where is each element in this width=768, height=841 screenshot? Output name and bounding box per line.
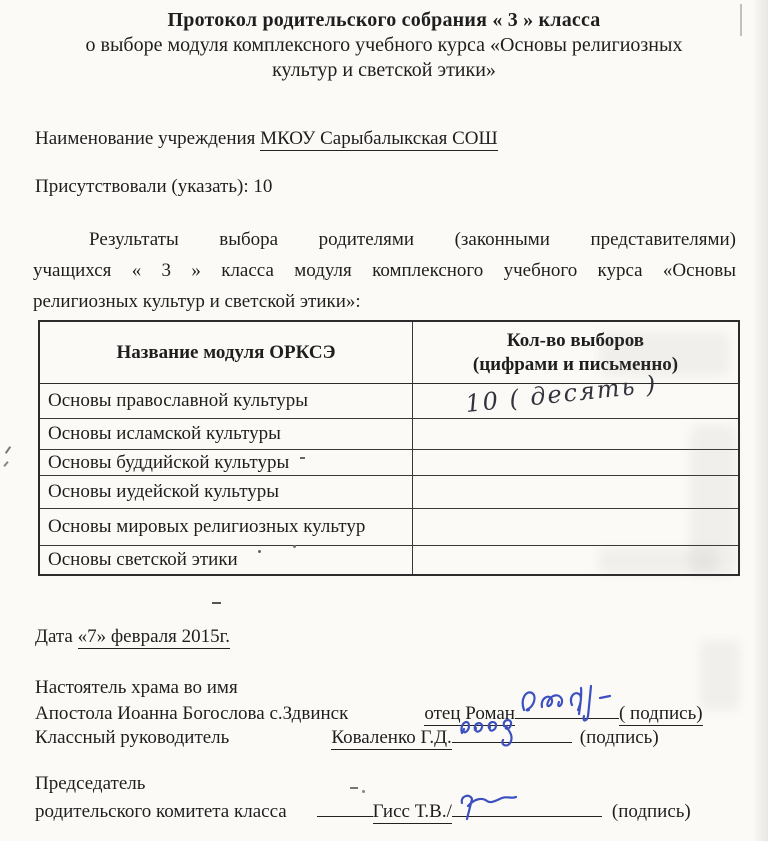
module-name: Основы иудейской культуры	[39, 476, 413, 509]
module-name: Основы буддийской культуры	[39, 450, 413, 476]
teacher-signature-field	[452, 724, 572, 743]
chair-signature-field	[452, 798, 602, 817]
chair-signature-icon	[454, 791, 554, 825]
scanned-protocol-document: Протокол родительского собрания « 3 » кл…	[0, 0, 768, 841]
teacher-signature-icon	[454, 711, 572, 751]
column-header-module: Название модуля ОРКСЭ	[39, 321, 413, 384]
date-value: «7» февраля 2015г.	[78, 626, 230, 649]
count-cell	[413, 450, 740, 476]
module-name: Основы светской этики	[39, 546, 413, 575]
chair-signature-line: родительского комитета классаГисс Т.В./(…	[35, 798, 755, 823]
count-cell: 10 ( десять )	[413, 384, 740, 419]
module-name: Основы мировых религиозных культур	[39, 509, 413, 546]
count-cell	[413, 546, 740, 575]
results-paragraph: Результаты выбора родителями (законными …	[33, 224, 736, 317]
scan-artifact	[212, 602, 221, 604]
scan-artifact	[350, 787, 358, 789]
module-name: Основы православной культуры	[39, 384, 413, 419]
table-row: Основы исламской культуры	[39, 419, 739, 450]
scan-artifact	[5, 446, 11, 454]
priest-title-line: Настоятель храма во имя	[35, 676, 238, 699]
institution-label: Наименование учреждения	[35, 128, 255, 149]
teacher-signature-line: Классный руководительКоваленко Г.Д.(подп…	[35, 724, 755, 749]
chair-title-line: Председатель	[35, 772, 145, 795]
chair-label-line-1: Председатель	[35, 773, 145, 794]
column-header-count: Кол-во выборов (цифрами и письменно)	[413, 321, 740, 384]
date-label: Дата	[35, 626, 73, 647]
table-row: Основы мировых религиозных культур	[39, 509, 739, 546]
attendees-line: Присутствовали (указать): 10	[35, 176, 272, 198]
scan-artifact	[362, 790, 365, 793]
paragraph-line-1: Результаты выбора родителями (законными …	[33, 224, 736, 255]
teacher-name: Коваленко Г.Д.	[331, 727, 451, 750]
table-row: Основы буддийской культуры	[39, 450, 739, 476]
chair-blank-field	[317, 798, 373, 817]
priest-label-line-1: Настоятель храма во имя	[35, 677, 238, 698]
priest-signature-caption: ( подпись)	[619, 703, 703, 726]
paragraph-line-3: религиозных культур и светской этики»:	[33, 286, 736, 317]
date-line: Дата «7» февраля 2015г.	[35, 626, 230, 648]
chair-signature-caption: (подпись)	[612, 801, 691, 822]
title-line-2: о выборе модуля комплексного учебного ку…	[0, 33, 768, 58]
count-cell	[413, 476, 740, 509]
count-cell	[413, 509, 740, 546]
teacher-signature-caption: (подпись)	[580, 727, 659, 748]
document-title: Протокол родительского собрания « 3 » кл…	[0, 8, 768, 83]
count-header-line-1: Кол-во выборов	[413, 329, 738, 353]
priest-label-line-2: Апостола Иоанна Богослова с.Здвинск	[35, 703, 348, 724]
title-line-3: культур и светской этики»	[0, 58, 768, 83]
count-header-line-2: (цифрами и письменно)	[413, 353, 738, 377]
attendees-value: 10	[253, 176, 272, 197]
scan-artifact	[3, 461, 8, 467]
table-row: Основы православной культуры 10 ( десять…	[39, 384, 739, 419]
table-row: Основы светской этики	[39, 546, 739, 575]
module-name: Основы исламской культуры	[39, 419, 413, 450]
table-row: Основы иудейской культуры	[39, 476, 739, 509]
title-line-1: Протокол родительского собрания « 3 » кл…	[0, 8, 768, 33]
paragraph-line-2: учащихся « 3 » класса модуля комплексног…	[33, 255, 736, 286]
institution-value: МКОУ Сарыбалыкская СОШ	[260, 128, 497, 151]
attendees-label: Присутствовали (указать):	[35, 176, 249, 197]
modules-table: Название модуля ОРКСЭ Кол-во выборов (ци…	[38, 320, 740, 576]
chair-label-line-2: родительского комитета класса	[35, 801, 287, 822]
institution-line: Наименование учреждения МКОУ Сарыбалыкск…	[35, 128, 498, 150]
priest-signature-line: Апостола Иоанна Богослова с.Здвинскотец …	[35, 700, 755, 725]
count-cell	[413, 419, 740, 450]
chair-name: Гисс Т.В./	[373, 801, 452, 824]
teacher-label: Классный руководитель	[35, 727, 229, 748]
